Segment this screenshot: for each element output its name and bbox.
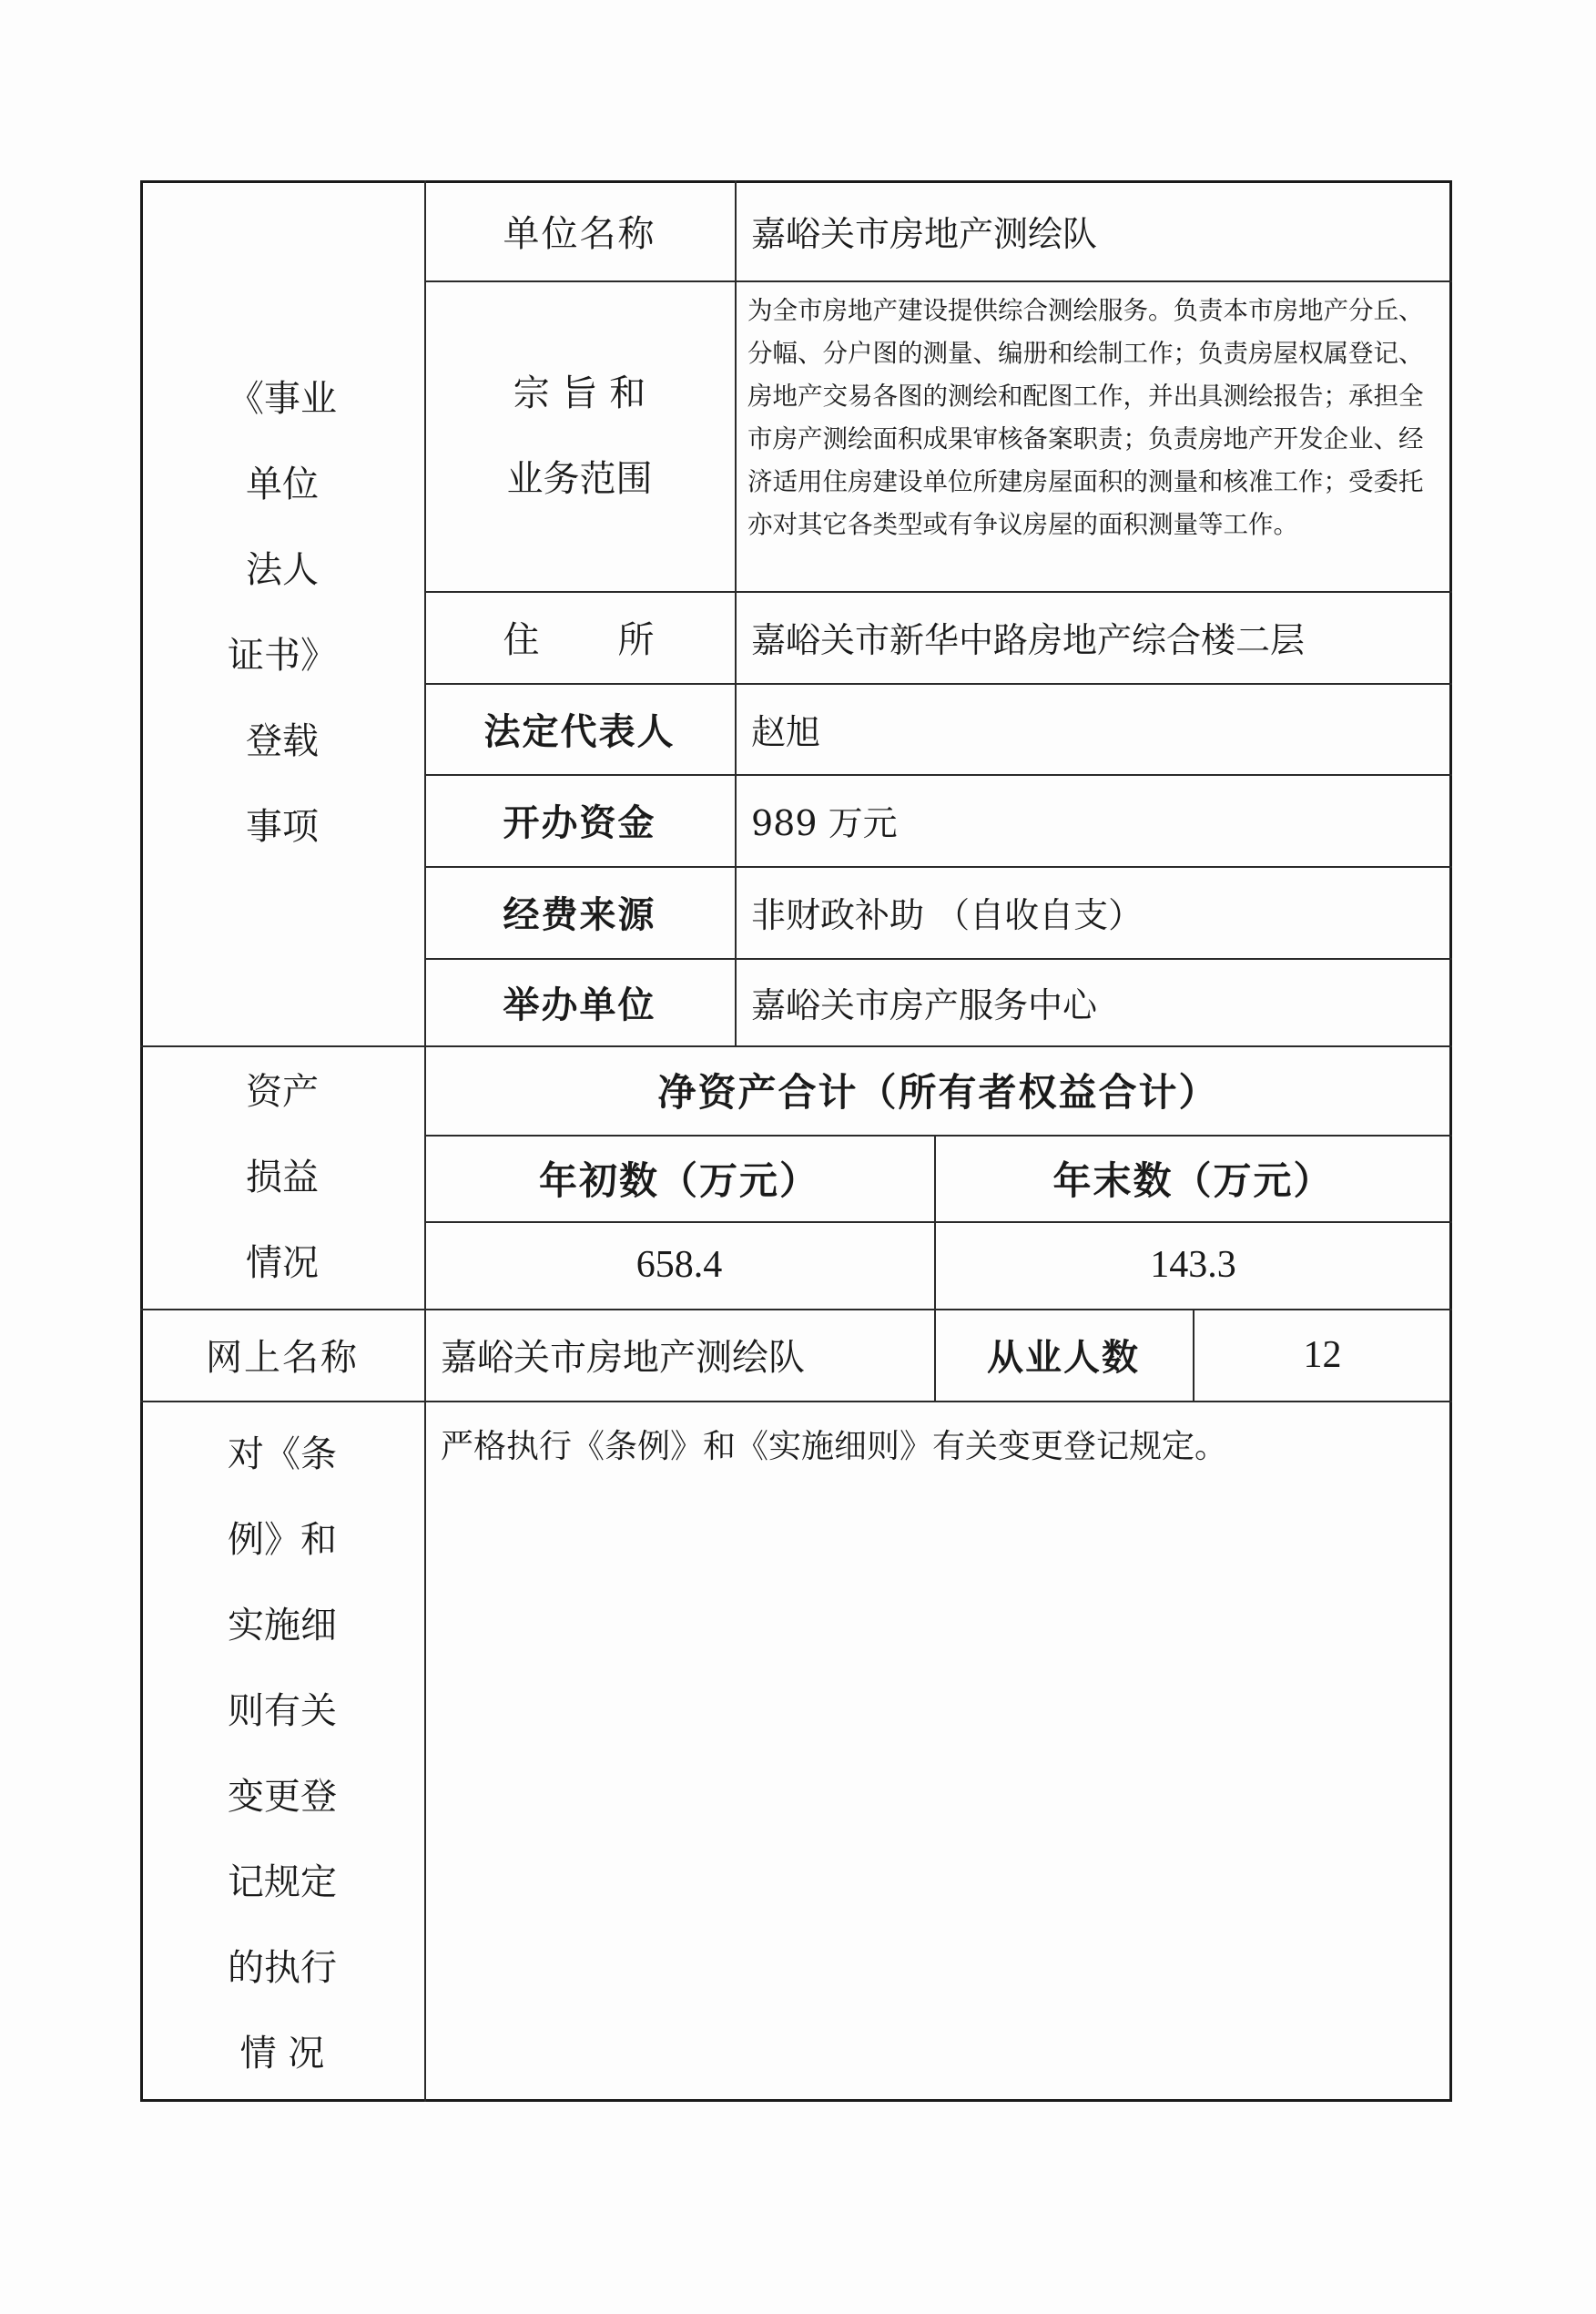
side-label-line: 的执行 (228, 1925, 337, 2011)
purpose-label-line: 业务范围 (507, 436, 653, 522)
legal-rep-value: 赵旭 (735, 683, 1452, 774)
address-value: 嘉峪关市新华中路房地产综合楼二层 (735, 591, 1452, 683)
cert-section-label: 《事业 单位 法人 证书》 登载 事项 (140, 180, 424, 1045)
side-label-line: 事项 (246, 784, 319, 870)
end-year-header: 年末数（万元） (934, 1135, 1452, 1221)
side-label-line: 资产 (246, 1049, 319, 1135)
purpose-label: 宗 旨 和 业务范围 (424, 280, 735, 591)
assets-section-label: 资产 损益 情况 (140, 1045, 424, 1309)
side-label-line: 则有关 (228, 1668, 337, 1754)
begin-year-header: 年初数（万元） (424, 1135, 934, 1221)
address-label: 住 所 (424, 591, 735, 683)
online-name-label: 网上名称 (140, 1309, 424, 1401)
funding-source-value: 非财政补助 （自收自支） (735, 866, 1452, 958)
side-label-line: 登载 (246, 698, 319, 784)
side-label-line: 变更登 (228, 1754, 337, 1840)
funding-source-label: 经费来源 (424, 866, 735, 958)
unit-name-label: 单位名称 (424, 180, 735, 280)
purpose-label-line: 宗 旨 和 (513, 351, 646, 436)
end-year-value: 143.3 (934, 1221, 1452, 1309)
legal-rep-label: 法定代表人 (424, 683, 735, 774)
side-label-line: 证书》 (228, 613, 337, 698)
unit-name-value: 嘉峪关市房地产测绘队 (735, 180, 1452, 280)
staff-count-value: 12 (1193, 1309, 1452, 1401)
sponsor-label: 举办单位 (424, 958, 735, 1045)
document-page: 《事业 单位 法人 证书》 登载 事项 单位名称 嘉峪关市房地产测绘队 宗 旨 … (0, 0, 1596, 2314)
side-label-line: 情 况 (240, 2011, 325, 2096)
online-name-value: 嘉峪关市房地产测绘队 (424, 1309, 934, 1401)
compliance-value: 严格执行《条例》和《实施细则》有关变更登记规定。 (424, 1401, 1452, 2102)
net-assets-header: 净资产合计（所有者权益合计） (424, 1045, 1452, 1135)
capital-value: 989 万元 (735, 774, 1452, 866)
side-label-line: 例》和 (228, 1497, 337, 1583)
sponsor-value: 嘉峪关市房产服务中心 (735, 958, 1452, 1045)
purpose-value: 为全市房地产建设提供综合测绘服务。负责本市房地产分丘、分幅、分户图的测量、编册和… (735, 280, 1452, 591)
capital-label: 开办资金 (424, 774, 735, 866)
side-label-line: 法人 (246, 527, 319, 613)
side-label-line: 《事业 (228, 356, 337, 442)
side-label-line: 对《条 (228, 1412, 337, 1497)
side-label-line: 情况 (246, 1220, 319, 1306)
begin-year-value: 658.4 (424, 1221, 934, 1309)
compliance-section-label: 对《条 例》和 实施细 则有关 变更登 记规定 的执行 情 况 (140, 1401, 424, 2102)
staff-count-label: 从业人数 (934, 1309, 1193, 1401)
side-label-line: 单位 (246, 442, 319, 527)
side-label-line: 记规定 (228, 1840, 337, 1925)
side-label-line: 损益 (246, 1135, 319, 1220)
side-label-line: 实施细 (228, 1583, 337, 1668)
